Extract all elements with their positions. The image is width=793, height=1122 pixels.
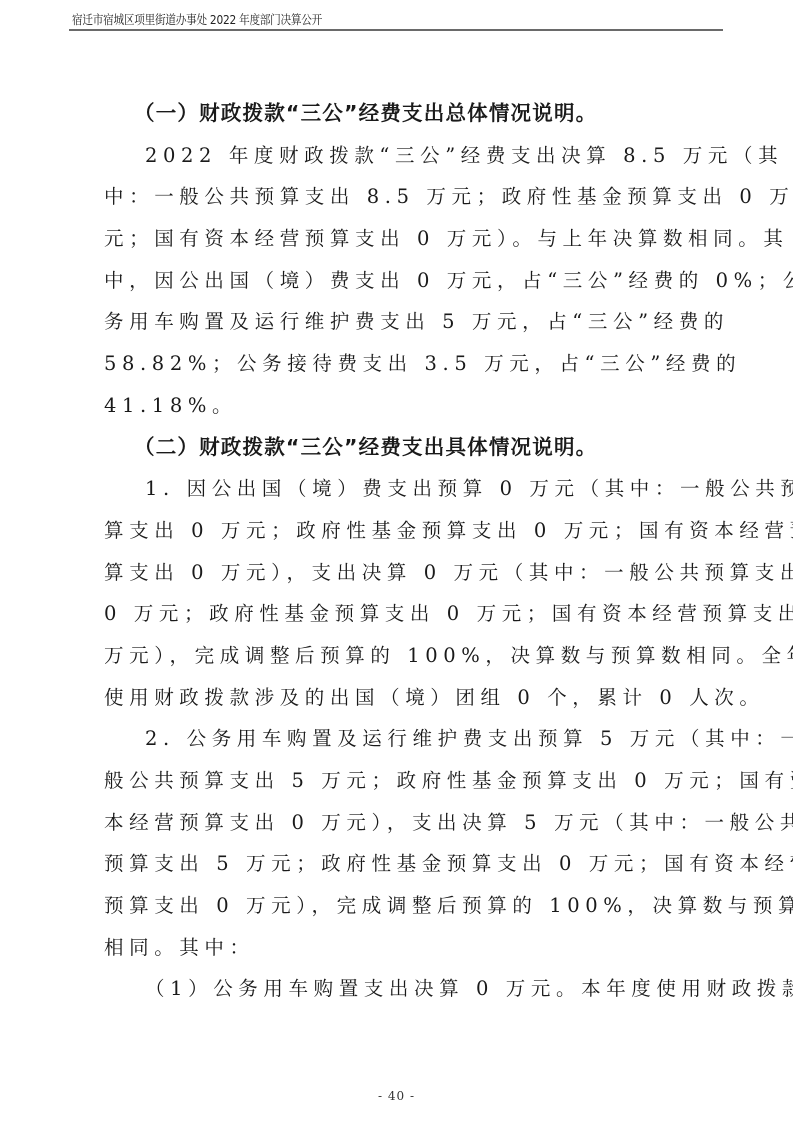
- page-number: - 40 -: [0, 1089, 793, 1103]
- section-heading-overall: （一）财政拨款“三公”经费支出总体情况说明。: [104, 93, 688, 135]
- paragraph-line: 预算支出 0 万元），完成调整后预算的 100%，决算数与预算数: [104, 885, 688, 927]
- paragraph-line: 本经营预算支出 0 万元），支出决算 5 万元（其中：一般公共: [104, 802, 688, 844]
- paragraph-line: 算支出 0 万元），支出决算 0 万元（其中：一般公共预算支出: [104, 552, 688, 594]
- paragraph-line: 中：一般公共预算支出 8.5 万元；政府性基金预算支出 0 万: [104, 176, 688, 218]
- paragraph-line: 41.18%。: [104, 385, 688, 427]
- paragraph-line: 1. 因公出国（境）费支出预算 0 万元（其中：一般公共预: [104, 468, 688, 510]
- paragraph-line: （1）公务用车购置支出决算 0 万元。本年度使用财政拨款: [104, 968, 688, 1010]
- paragraph-line: 般公共预算支出 5 万元；政府性基金预算支出 0 万元；国有资: [104, 760, 688, 802]
- document-body: （一）财政拨款“三公”经费支出总体情况说明。 2022 年度财政拨款“三公”经费…: [104, 93, 688, 1010]
- paragraph-line: 万元），完成调整后预算的 100%，决算数与预算数相同。全年: [104, 635, 688, 677]
- paragraph-line: 2. 公务用车购置及运行维护费支出预算 5 万元（其中：一: [104, 718, 688, 760]
- paragraph-line: 使用财政拨款涉及的出国（境）团组 0 个，累计 0 人次。: [104, 677, 688, 719]
- paragraph-line: 中，因公出国（境）费支出 0 万元，占“三公”经费的 0%；公: [104, 260, 688, 302]
- section-heading-detail: （二）财政拨款“三公”经费支出具体情况说明。: [104, 427, 688, 469]
- header-title: 宿迁市宿城区项里街道办事处 2022 年度部门决算公开: [72, 10, 322, 28]
- paragraph-line: 0 万元；政府性基金预算支出 0 万元；国有资本经营预算支出 0: [104, 593, 688, 635]
- paragraph-line: 58.82%；公务接待费支出 3.5 万元，占“三公”经费的: [104, 343, 688, 385]
- paragraph-line: 预算支出 5 万元；政府性基金预算支出 0 万元；国有资本经营: [104, 843, 688, 885]
- paragraph-line: 相同。其中：: [104, 927, 688, 969]
- page-header: 宿迁市宿城区项里街道办事处 2022 年度部门决算公开: [69, 9, 723, 31]
- paragraph-line: 元；国有资本经营预算支出 0 万元）。与上年决算数相同。其: [104, 218, 688, 260]
- paragraph-line: 务用车购置及运行维护费支出 5 万元，占“三公”经费的: [104, 301, 688, 343]
- paragraph-line: 2022 年度财政拨款“三公”经费支出决算 8.5 万元（其: [104, 135, 688, 177]
- paragraph-line: 算支出 0 万元；政府性基金预算支出 0 万元；国有资本经营预: [104, 510, 688, 552]
